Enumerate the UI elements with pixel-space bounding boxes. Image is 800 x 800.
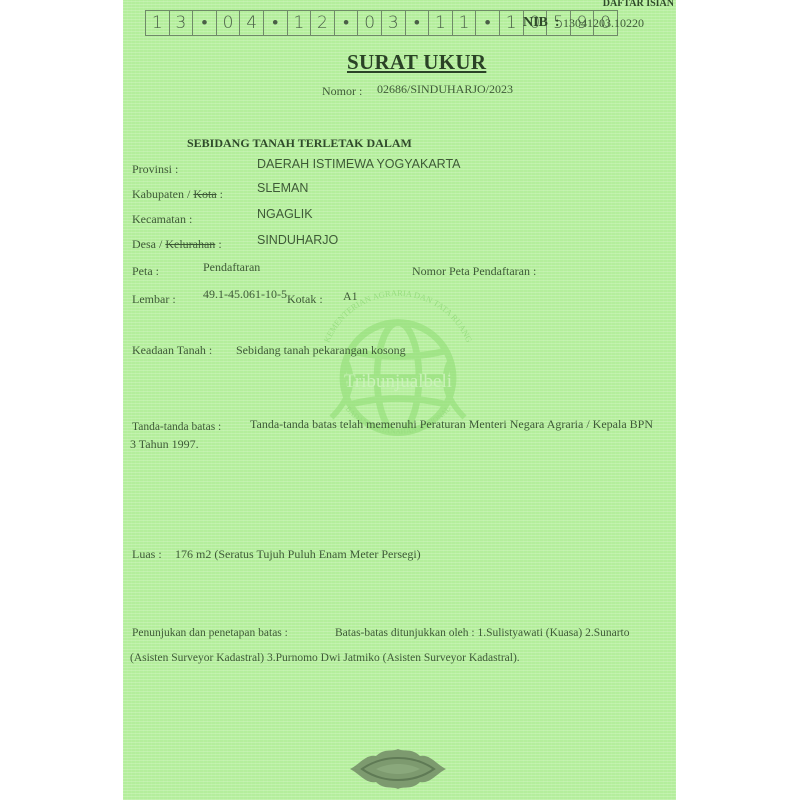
guilloche-security-emblem	[348, 746, 448, 792]
desa-value: SINDUHARJO	[257, 233, 338, 247]
bpn-seal-watermark: KEMENTERIAN AGRARIA DAN TATA RUANG BADAN…	[303, 275, 493, 465]
number-box: 0	[358, 11, 382, 35]
luas-value: 176 m2 (Seratus Tujuh Puluh Enam Meter P…	[175, 547, 421, 562]
desa-label: Desa / Kelurahan :	[132, 237, 222, 252]
number-box: 1	[453, 11, 477, 35]
tanda-batas-label: Tanda-tanda batas :	[132, 421, 221, 433]
kabupaten-label: Kabupaten / Kota :	[132, 187, 223, 202]
number-box: 2	[311, 11, 335, 35]
peta-label: Peta :	[132, 264, 159, 279]
penunjukan-label: Penunjukan dan penetapan batas :	[132, 627, 288, 639]
number-box: 1	[288, 11, 312, 35]
number-box: •	[193, 11, 217, 35]
tanda-batas-value-line2: 3 Tahun 1997.	[130, 437, 199, 452]
peta-value: Pendaftaran	[203, 260, 260, 275]
overlay-watermark-text: Tribunjualbeli	[344, 371, 452, 392]
kecamatan-label: Kecamatan :	[132, 212, 192, 227]
document-page: 13•04•12•03•11•10590 DAFTAR ISIAN NIB : …	[123, 0, 676, 800]
lembar-label: Lembar :	[132, 292, 176, 307]
kotak-value: A1	[343, 289, 358, 304]
number-box: 3	[170, 11, 194, 35]
penunjukan-value-line1: Batas-batas ditunjukkan oleh : 1.Sulisty…	[335, 627, 629, 639]
number-box: •	[335, 11, 359, 35]
nib-value: 13041203.10220	[563, 16, 644, 31]
document-title: SURAT UKUR	[347, 50, 486, 75]
number-box: 1	[146, 11, 170, 35]
kotak-label: Kotak :	[287, 292, 323, 307]
provinsi-value: DAERAH ISTIMEWA YOGYAKARTA	[257, 157, 461, 171]
nib-label: NIB :	[523, 15, 560, 31]
location-heading: SEBIDANG TANAH TERLETAK DALAM	[187, 136, 412, 151]
keadaan-tanah-value: Sebidang tanah pekarangan kosong	[236, 343, 406, 358]
number-box: 4	[240, 11, 264, 35]
number-box: •	[264, 11, 288, 35]
nomor-label: Nomor :	[322, 84, 362, 99]
number-box: 1	[500, 11, 524, 35]
number-box: 1	[429, 11, 453, 35]
kecamatan-value: NGAGLIK	[257, 207, 313, 221]
keadaan-tanah-label: Keadaan Tanah :	[132, 343, 212, 358]
number-box: •	[406, 11, 430, 35]
tanda-batas-value-line1: Tanda-tanda batas telah memenuhi Peratur…	[250, 417, 653, 432]
number-box: •	[476, 11, 500, 35]
luas-label: Luas :	[132, 547, 162, 562]
nomor-peta-label: Nomor Peta Pendaftaran :	[412, 264, 536, 279]
nomor-value: 02686/SINDUHARJO/2023	[377, 82, 513, 97]
number-box: 0	[217, 11, 241, 35]
provinsi-label: Provinsi :	[132, 162, 178, 177]
lembar-value: 49.1-45.061-10-5	[203, 287, 287, 302]
penunjukan-value-line2: (Asisten Surveyor Kadastral) 3.Purnomo D…	[130, 652, 520, 664]
form-code: DAFTAR ISIAN	[603, 0, 674, 9]
kabupaten-value: SLEMAN	[257, 181, 308, 195]
number-box: 3	[382, 11, 406, 35]
